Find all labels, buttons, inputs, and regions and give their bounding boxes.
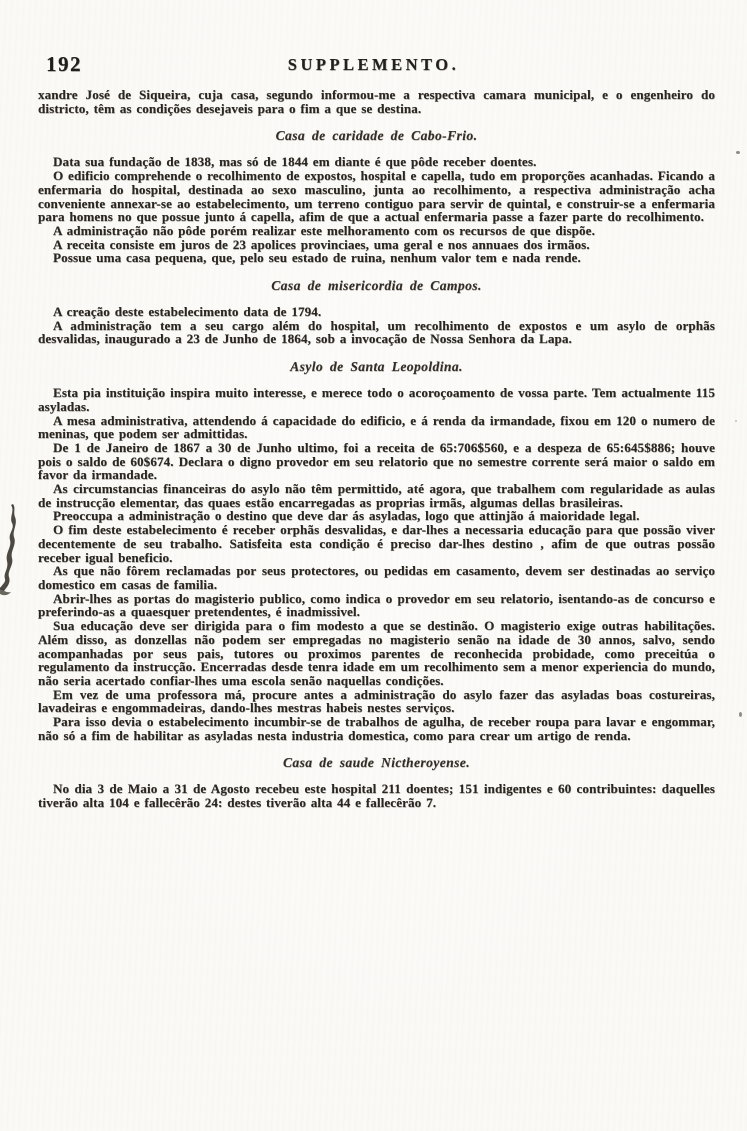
scanned-document-page: 192 SUPPLEMENTO. xandre José de Siqueira…	[0, 0, 747, 1131]
paragraph: A mesa administrativa, attendendo á capa…	[38, 414, 715, 441]
paragraph: A administração tem a seu cargo além do …	[38, 319, 715, 346]
paragraph: Sua educação deve ser dirigida para o fi…	[38, 619, 715, 688]
document-body: xandre José de Siqueira, cuja casa, segu…	[38, 88, 715, 810]
paragraph: Preoccupa a administração o destino que …	[38, 509, 715, 523]
paragraph: Esta pia instituição inspira muito inter…	[38, 386, 715, 413]
paragraph: As circumstancias financeiras do asylo n…	[38, 482, 715, 509]
section-heading: Casa de saude Nictheroyense.	[38, 755, 715, 771]
paragraph: xandre José de Siqueira, cuja casa, segu…	[38, 88, 715, 115]
paragraph: Para isso devia o estabelecimento incumb…	[38, 715, 715, 742]
paragraph: A administração não pôde porém realizar …	[38, 224, 715, 238]
paragraph: Possue uma casa pequena, que, pelo seu e…	[38, 251, 715, 265]
page-header-title: SUPPLEMENTO.	[0, 55, 747, 75]
section-heading: Casa de caridade de Cabo-Frio.	[38, 128, 715, 144]
ink-smudge-artifact	[0, 503, 31, 599]
paragraph: Em vez de uma professora má, procure ant…	[38, 688, 715, 715]
scan-speck	[736, 151, 740, 154]
section-heading: Asylo de Santa Leopoldina.	[38, 359, 715, 375]
paragraph: De 1 de Janeiro de 1867 a 30 de Junho ul…	[38, 441, 715, 482]
paragraph: As que não fôrem reclamadas por seus pro…	[38, 564, 715, 591]
paragraph: Data sua fundação de 1838, mas só de 184…	[38, 155, 715, 169]
scan-speck	[739, 712, 742, 717]
scan-speck	[735, 420, 737, 422]
paragraph: O fim deste estabelecimento é receber or…	[38, 523, 715, 564]
paragraph: O edificio comprehende o recolhimento de…	[38, 169, 715, 224]
section-heading: Casa de misericordia de Campos.	[38, 278, 715, 294]
paragraph: No dia 3 de Maio a 31 de Agosto recebeu …	[38, 782, 715, 809]
paragraph: A receita consiste em juros de 23 apolic…	[38, 238, 715, 252]
paragraph: A creação deste estabelecimento data de …	[38, 305, 715, 319]
paragraph: Abrir-lhes as portas do magisterio publi…	[38, 592, 715, 619]
